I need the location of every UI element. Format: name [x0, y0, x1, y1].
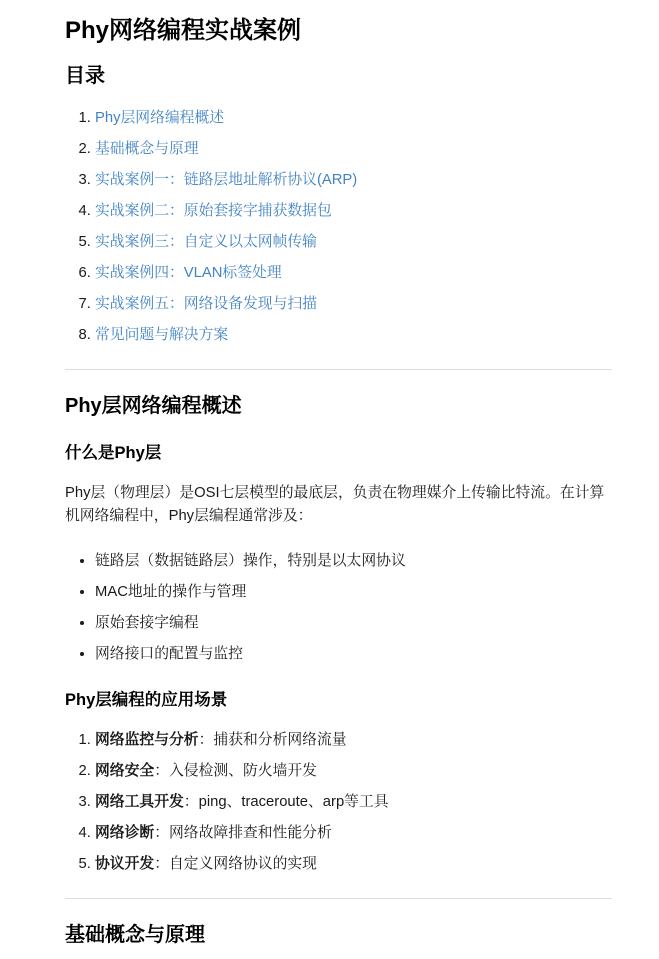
toc-item: Phy层网络编程概述 — [95, 107, 612, 130]
scenario-label: 网络工具开发 — [95, 794, 184, 810]
toc-link-basics[interactable]: 基础概念与原理 — [95, 141, 199, 157]
list-item: 链路层（数据链路层）操作，特别是以太网协议 — [95, 550, 612, 573]
document-page: Phy网络编程实战案例 目录 Phy层网络编程概述 基础概念与原理 实战案例一：… — [0, 0, 659, 948]
toc-list: Phy层网络编程概述 基础概念与原理 实战案例一：链路层地址解析协议(ARP) … — [65, 107, 612, 347]
scenario-text: ：捕获和分析网络流量 — [199, 732, 347, 748]
toc-link-case5-discovery[interactable]: 实战案例五：网络设备发现与扫描 — [95, 296, 317, 312]
list-item: MAC地址的操作与管理 — [95, 581, 612, 604]
subsection-heading-scenarios: Phy层编程的应用场景 — [65, 690, 612, 711]
list-item: 协议开发：自定义网络协议的实现 — [95, 853, 612, 876]
list-item: 网络接口的配置与监控 — [95, 643, 612, 666]
toc-link-case1-arp[interactable]: 实战案例一：链路层地址解析协议(ARP) — [95, 172, 357, 188]
section-heading-overview: Phy层网络编程概述 — [65, 394, 612, 419]
toc-item: 实战案例一：链路层地址解析协议(ARP) — [95, 169, 612, 192]
subsection-heading-what-is-phy: 什么是Phy层 — [65, 443, 612, 464]
toc-item: 实战案例四：VLAN标签处理 — [95, 262, 612, 285]
toc-link-case2-raw-socket[interactable]: 实战案例二：原始套接字捕获数据包 — [95, 203, 332, 219]
scenario-text: ：自定义网络协议的实现 — [154, 856, 317, 872]
toc-link-faq[interactable]: 常见问题与解决方案 — [95, 327, 228, 343]
toc-item: 常见问题与解决方案 — [95, 324, 612, 347]
paragraph-what-is-phy: Phy层（物理层）是OSI七层模型的最底层，负责在物理媒介上传输比特流。在计算机… — [65, 482, 612, 528]
scenario-label: 网络安全 — [95, 763, 154, 779]
page-title: Phy网络编程实战案例 — [65, 16, 612, 46]
scenario-label: 网络监控与分析 — [95, 732, 199, 748]
toc-link-phy-overview[interactable]: Phy层网络编程概述 — [95, 110, 224, 126]
list-item: 网络安全：入侵检测、防火墙开发 — [95, 760, 612, 783]
scenario-text: ：ping、traceroute、arp等工具 — [184, 794, 389, 810]
scenarios-list: 网络监控与分析：捕获和分析网络流量 网络安全：入侵检测、防火墙开发 网络工具开发… — [65, 729, 612, 876]
list-item: 网络工具开发：ping、traceroute、arp等工具 — [95, 791, 612, 814]
list-item: 网络诊断：网络故障排查和性能分析 — [95, 822, 612, 845]
toc-link-case4-vlan[interactable]: 实战案例四：VLAN标签处理 — [95, 265, 282, 281]
section-heading-basics: 基础概念与原理 — [65, 923, 612, 948]
toc-item: 实战案例五：网络设备发现与扫描 — [95, 293, 612, 316]
toc-link-case3-ethernet-frame[interactable]: 实战案例三：自定义以太网帧传输 — [95, 234, 317, 250]
toc-item: 实战案例三：自定义以太网帧传输 — [95, 231, 612, 254]
scenario-label: 协议开发 — [95, 856, 154, 872]
list-item: 网络监控与分析：捕获和分析网络流量 — [95, 729, 612, 752]
scenario-text: ：网络故障排查和性能分析 — [154, 825, 332, 841]
scenario-text: ：入侵检测、防火墙开发 — [154, 763, 317, 779]
toc-heading: 目录 — [65, 64, 612, 89]
phy-topics-list: 链路层（数据链路层）操作，特别是以太网协议 MAC地址的操作与管理 原始套接字编… — [65, 550, 612, 666]
list-item: 原始套接字编程 — [95, 612, 612, 635]
section-divider — [65, 898, 612, 899]
toc-item: 实战案例二：原始套接字捕获数据包 — [95, 200, 612, 223]
scenario-label: 网络诊断 — [95, 825, 154, 841]
section-divider — [65, 369, 612, 370]
toc-item: 基础概念与原理 — [95, 138, 612, 161]
